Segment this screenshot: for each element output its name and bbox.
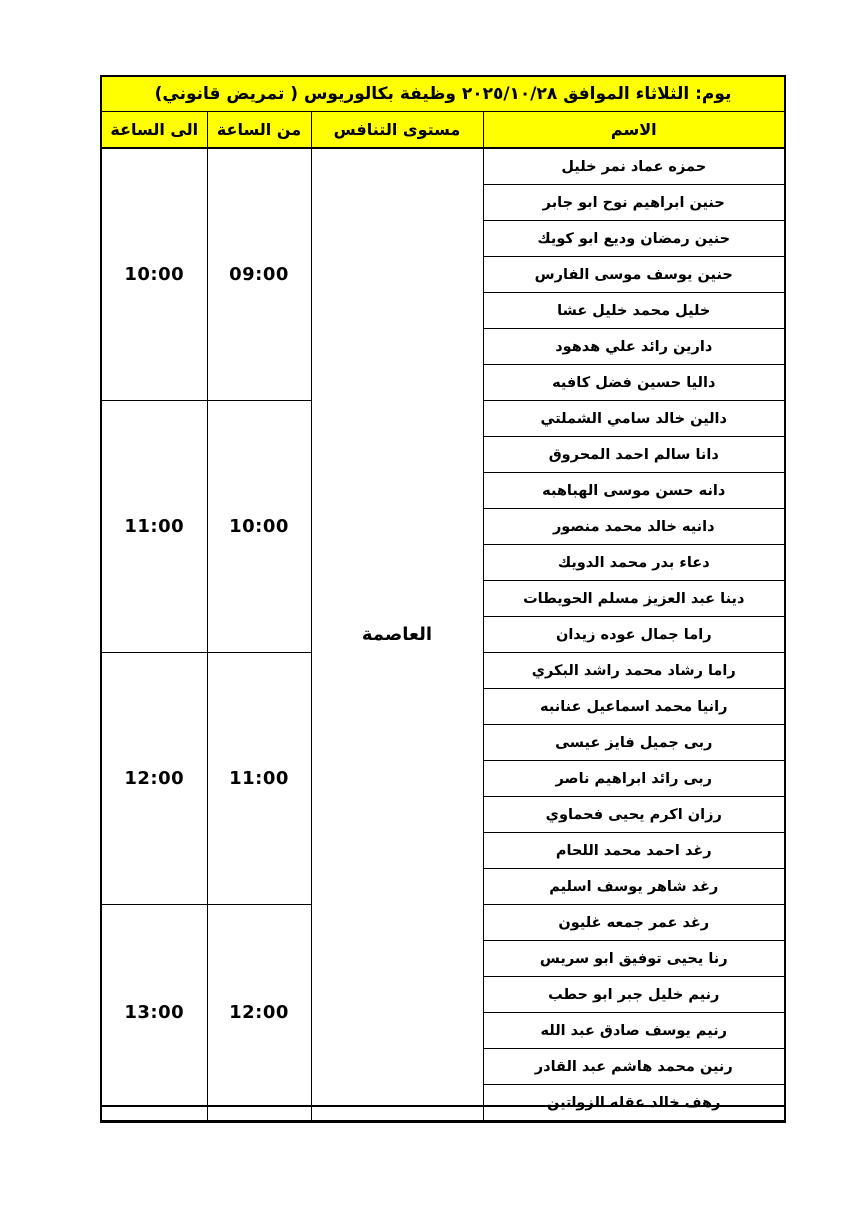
roster-body: حمزه عماد نمر خليلالعاصمة09:0010:00حنين … xyxy=(101,148,785,1122)
table-header-row: الاسم مستوى التنافس من الساعة الى الساعة xyxy=(101,112,785,149)
from-hour-value: 09:00 xyxy=(207,148,311,401)
candidate-name: ربى رائد ابراهيم ناصر xyxy=(483,761,785,797)
candidate-name: رهف خالد عقله الزواتين xyxy=(483,1085,785,1122)
candidate-name: راما رشاد محمد راشد البكري xyxy=(483,653,785,689)
candidate-name: دالين خالد سامي الشملتي xyxy=(483,401,785,437)
column-header-competition-level: مستوى التنافس xyxy=(311,112,483,149)
candidate-name: ربى جميل فايز عيسى xyxy=(483,725,785,761)
competition-level-value: العاصمة xyxy=(311,148,483,1122)
candidate-name: رنيم خليل جبر ابو حطب xyxy=(483,977,785,1013)
candidate-name: رنين محمد هاشم عبد القادر xyxy=(483,1049,785,1085)
candidate-name: رغد شاهر يوسف اسليم xyxy=(483,869,785,905)
from-hour-value: 11:00 xyxy=(207,653,311,905)
candidate-name: رنيم يوسف صادق عبد الله xyxy=(483,1013,785,1049)
candidate-name: حنين ابراهيم نوح ابو جابر xyxy=(483,185,785,221)
from-hour-value: 10:00 xyxy=(207,401,311,653)
candidate-name: حنين رمضان وديع ابو كويك xyxy=(483,221,785,257)
candidate-name: رزان اكرم يحيى فحماوي xyxy=(483,797,785,833)
to-hour-value: 11:00 xyxy=(101,401,207,653)
candidate-name: خليل محمد خليل عشا xyxy=(483,293,785,329)
candidate-name: حمزه عماد نمر خليل xyxy=(483,148,785,185)
candidate-name: حنين يوسف موسى الفارس xyxy=(483,257,785,293)
candidate-name: دعاء بدر محمد الدويك xyxy=(483,545,785,581)
to-hour-value: 13:00 xyxy=(101,905,207,1122)
table-row: حمزه عماد نمر خليلالعاصمة09:0010:00 xyxy=(101,148,785,185)
candidate-name: دانيه خالد محمد منصور xyxy=(483,509,785,545)
candidate-name: داليا حسين فضل كافيه xyxy=(483,365,785,401)
document-page: يوم: الثلاثاء الموافق ٢٠٢٥/١٠/٢٨ وظيفة ب… xyxy=(0,0,850,1210)
candidate-name: رانيا محمد اسماعيل عنانبه xyxy=(483,689,785,725)
column-header-name: الاسم xyxy=(483,112,785,149)
to-hour-value: 10:00 xyxy=(101,148,207,401)
table-title-row: يوم: الثلاثاء الموافق ٢٠٢٥/١٠/٢٨ وظيفة ب… xyxy=(101,76,785,112)
table-title: يوم: الثلاثاء الموافق ٢٠٢٥/١٠/٢٨ وظيفة ب… xyxy=(101,76,785,112)
candidate-name: دينا عبد العزيز مسلم الحويطات xyxy=(483,581,785,617)
candidate-name: رنا يحيى توفيق ابو سريس xyxy=(483,941,785,977)
candidate-name: دانا سالم احمد المحروق xyxy=(483,437,785,473)
candidate-name: دارين رائد علي هدهود xyxy=(483,329,785,365)
schedule-table: يوم: الثلاثاء الموافق ٢٠٢٥/١٠/٢٨ وظيفة ب… xyxy=(100,75,786,1123)
candidate-name: دانه حسن موسى الهباهبه xyxy=(483,473,785,509)
candidate-name: رغد عمر جمعه غليون xyxy=(483,905,785,941)
column-header-from-hour: من الساعة xyxy=(207,112,311,149)
from-hour-value: 12:00 xyxy=(207,905,311,1122)
column-header-to-hour: الى الساعة xyxy=(101,112,207,149)
table-bottom-rule xyxy=(100,1105,786,1107)
candidate-name: رغد احمد محمد اللحام xyxy=(483,833,785,869)
to-hour-value: 12:00 xyxy=(101,653,207,905)
candidate-name: راما جمال عوده زيدان xyxy=(483,617,785,653)
